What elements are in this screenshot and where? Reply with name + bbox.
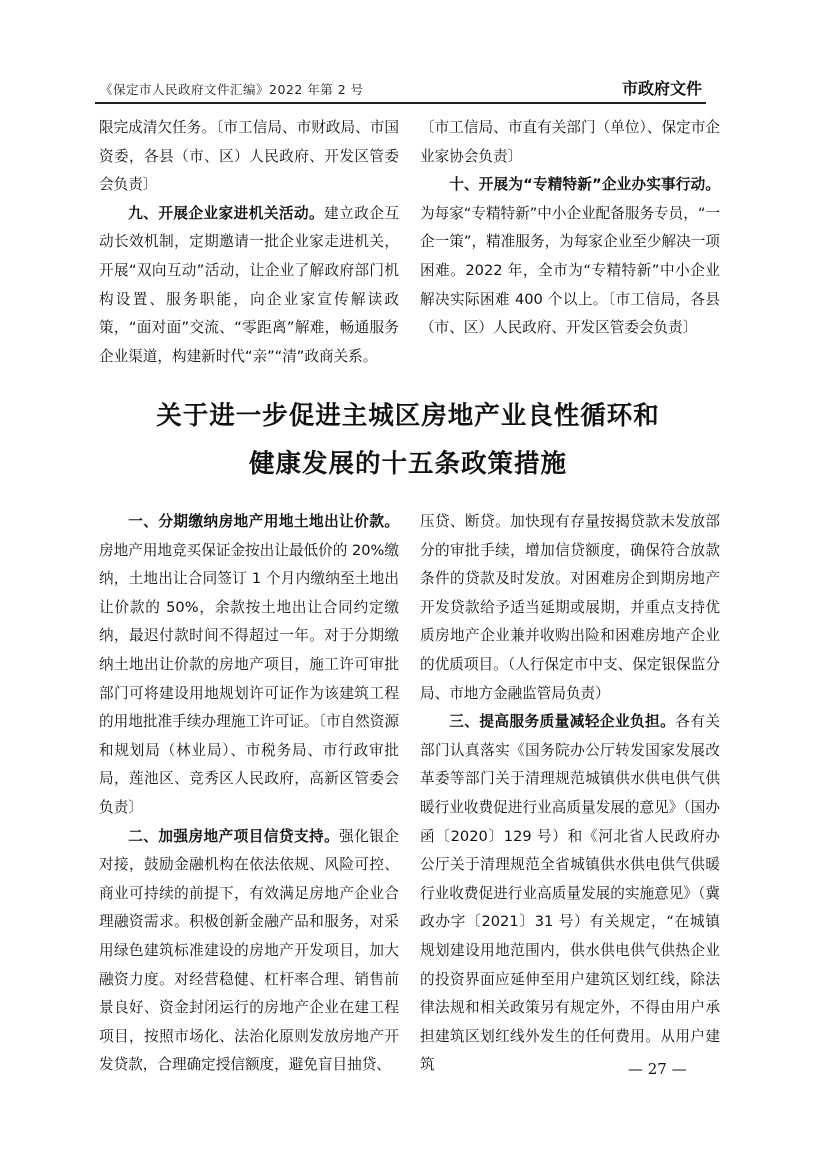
paragraph-continued-right: 〔市工信局、市直有关部门（单位）、保定市企业家协会负责〕	[420, 114, 720, 171]
page-number: — 27 —	[628, 1060, 687, 1078]
measure-one-heading: 一、分期缴纳房地产用地土地出让价款。	[128, 513, 399, 530]
section-nine: 九、开展企业家进机关活动。建立政企互动长效机制，定期邀请一批企业家走进机关，开展…	[99, 200, 399, 372]
section-ten-body: 为每家“专精特新”中小企业配备服务专员，“一企一策”，精准服务，为每家企业至少解…	[420, 205, 720, 336]
measure-one-body: 房地产用地竞买保证金按出让最低价的 20%缴纳，土地出让合同签订 1 个月内缴纳…	[99, 542, 399, 816]
section-nine-heading: 九、开展企业家进机关活动。	[128, 205, 324, 222]
article-title-line2: 健康发展的十五条政策措施	[0, 444, 816, 480]
top-left-column: 限完成清欠任务。〔市工信局、市财政局、市国资委，各县（市、区）人民政府、开发区管…	[99, 114, 399, 371]
article-left-column: 一、分期缴纳房地产用地土地出让价款。房地产用地竞买保证金按出让最低价的 20%缴…	[99, 508, 399, 1080]
measure-three: 三、提高服务质量减轻企业负担。各有关部门认真落实《国务院办公厅转发国家发展改革委…	[420, 708, 720, 1080]
article-title-line1: 关于进一步促进主城区房地产业良性循环和	[0, 396, 816, 432]
section-ten-heading: 十、开展为“专精特新”企业办实事行动。	[449, 176, 720, 193]
measure-three-body: 各有关部门认真落实《国务院办公厅转发国家发展改革委等部门关于清理规范城镇供水供电…	[420, 713, 720, 1073]
article-right-column: 压贷、断贷。加快现有存量按揭贷款未发放部分的审批手续，增加信贷额度，确保符合放款…	[420, 508, 720, 1080]
measure-one: 一、分期缴纳房地产用地土地出让价款。房地产用地竞买保证金按出让最低价的 20%缴…	[99, 508, 399, 823]
measure-two: 二、加强房地产项目信贷支持。强化银企对接，鼓励金融机构在依法依规、风险可控、商业…	[99, 823, 399, 1080]
measure-two-heading: 二、加强房地产项目信贷支持。	[128, 828, 339, 845]
header-divider	[95, 102, 706, 104]
section-nine-body: 建立政企互动长效机制，定期邀请一批企业家走进机关，开展“双向互动”活动，让企业了…	[99, 205, 399, 365]
measure-three-heading: 三、提高服务质量减轻企业负担。	[449, 713, 675, 730]
paragraph-continued: 限完成清欠任务。〔市工信局、市财政局、市国资委，各县（市、区）人民政府、开发区管…	[99, 114, 399, 200]
top-right-column: 〔市工信局、市直有关部门（单位）、保定市企业家协会负责〕 十、开展为“专精特新”…	[420, 114, 720, 343]
measure-two-body: 强化银企对接，鼓励金融机构在依法依规、风险可控、商业可持续的前提下，有效满足房地…	[99, 828, 399, 1074]
measure-two-continued: 压贷、断贷。加快现有存量按揭贷款未发放部分的审批手续，增加信贷额度，确保符合放款…	[420, 508, 720, 708]
section-label: 市政府文件	[622, 76, 702, 99]
section-ten: 十、开展为“专精特新”企业办实事行动。为每家“专精特新”中小企业配备服务专员，“…	[420, 171, 720, 343]
publication-title: 《保定市人民政府文件汇编》2022 年第 2 号	[100, 80, 364, 98]
